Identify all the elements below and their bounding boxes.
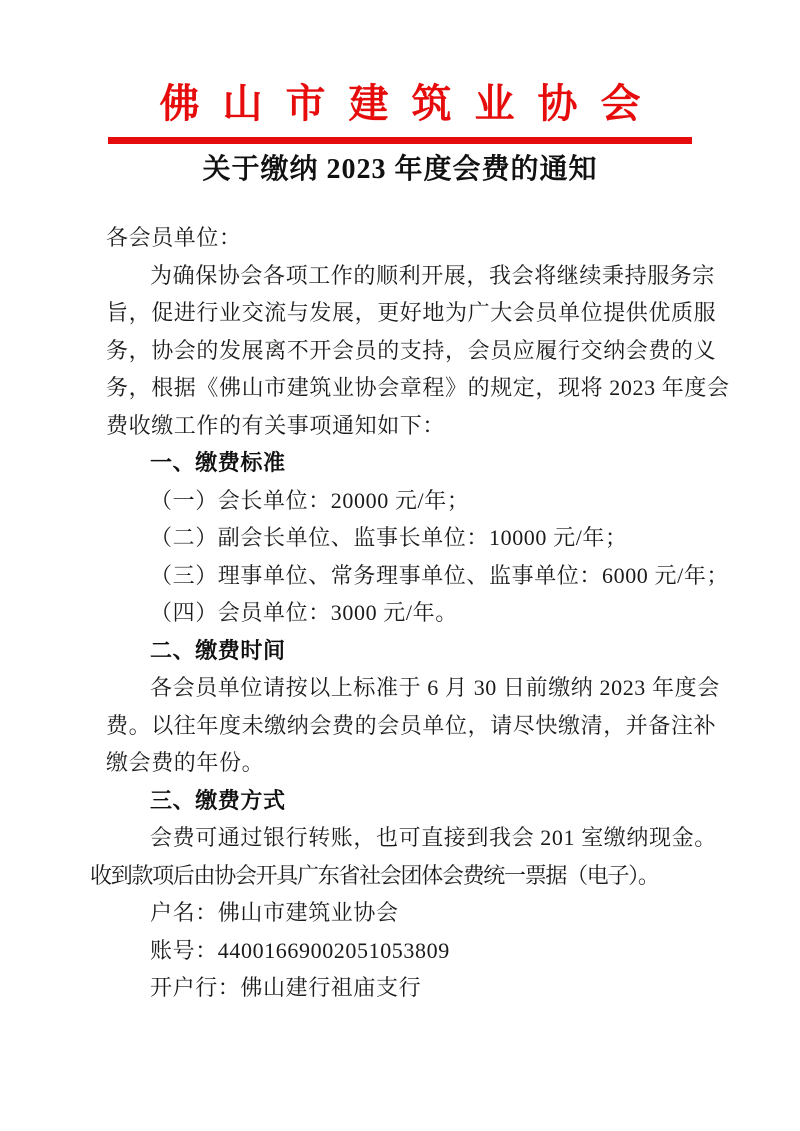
line-text: 会费可通过银行转账，也可直接到我会 201 室缴纳现金。 — [150, 825, 717, 850]
line-text: 务，根据《佛山市建筑业协会章程》的规定，现将 2023 年度会 — [106, 375, 730, 400]
line-text: 旨，促进行业交流与发展，更好地为广大会员单位提供优质服 — [106, 300, 716, 325]
document-line: 务，根据《佛山市建筑业协会章程》的规定，现将 2023 年度会 — [106, 369, 700, 407]
line-text: 开户行：佛山建行祖庙支行 — [150, 975, 421, 1000]
line-text: （二）副会长单位、监事长单位：10000 元/年； — [150, 525, 628, 550]
document-line: 账号：44001669002051053809 — [106, 932, 700, 970]
line-text: 费。以往年度未缴纳会费的会员单位，请尽快缴清，并备注补 — [106, 713, 716, 738]
document-line: 为确保协会各项工作的顺利开展，我会将继续秉持服务宗 — [106, 257, 700, 295]
document-line: 开户行：佛山建行祖庙支行 — [106, 969, 700, 1007]
line-text: 收到款项后由协会开具广东省社会团体会费统一票据（电子）。 — [90, 863, 659, 888]
line-text: 各会员单位请按以上标准于 6 月 30 日前缴纳 2023 年度会 — [150, 675, 720, 700]
document-line: 二、缴费时间 — [106, 632, 700, 670]
line-text: 各会员单位： — [106, 225, 242, 250]
document-line: （一）会长单位：20000 元/年； — [106, 482, 700, 520]
line-text: （四）会员单位：3000 元/年。 — [150, 600, 458, 625]
line-text: 一、缴费标准 — [150, 450, 286, 475]
document-line: （四）会员单位：3000 元/年。 — [106, 594, 700, 632]
document-line: 各会员单位： — [106, 219, 700, 257]
line-text: （三）理事单位、常务理事单位、监事单位：6000 元/年； — [150, 563, 729, 588]
organization-title: 佛山市建筑业协会 — [0, 84, 800, 124]
line-text: 账号：44001669002051053809 — [150, 938, 450, 963]
document-line: 费。以往年度未缴纳会费的会员单位，请尽快缴清，并备注补 — [106, 707, 700, 745]
document-line: 户名：佛山市建筑业协会 — [106, 894, 700, 932]
notice-document-page: 佛山市建筑业协会 关于缴纳 2023 年度会费的通知 各会员单位： 为确保协会各… — [0, 0, 800, 1131]
line-text: 二、缴费时间 — [150, 638, 286, 663]
document-line: 三、缴费方式 — [106, 782, 700, 820]
line-text: （一）会长单位：20000 元/年； — [150, 488, 469, 513]
document-line: 收到款项后由协会开具广东省社会团体会费统一票据（电子）。 — [90, 857, 700, 895]
line-text: 费收缴工作的有关事项通知如下： — [106, 413, 445, 438]
line-text: 三、缴费方式 — [150, 788, 286, 813]
line-text: 务，协会的发展离不开会员的支持，会员应履行交纳会费的义 — [106, 338, 716, 363]
document-line: 会费可通过银行转账，也可直接到我会 201 室缴纳现金。 — [106, 819, 700, 857]
document-line: （三）理事单位、常务理事单位、监事单位：6000 元/年； — [106, 557, 700, 595]
document-line: 一、缴费标准 — [106, 444, 700, 482]
document-line: 费收缴工作的有关事项通知如下： — [106, 407, 700, 445]
notice-title: 关于缴纳 2023 年度会费的通知 — [0, 153, 800, 187]
document-line: 旨，促进行业交流与发展，更好地为广大会员单位提供优质服 — [106, 294, 700, 332]
document-line: 务，协会的发展离不开会员的支持，会员应履行交纳会费的义 — [106, 332, 700, 370]
document-line: 缴会费的年份。 — [106, 744, 700, 782]
document-line: （二）副会长单位、监事长单位：10000 元/年； — [106, 519, 700, 557]
notice-body: 各会员单位： 为确保协会各项工作的顺利开展，我会将继续秉持服务宗 旨，促进行业交… — [106, 219, 700, 1007]
document-line: 各会员单位请按以上标准于 6 月 30 日前缴纳 2023 年度会 — [106, 669, 700, 707]
line-text: 缴会费的年份。 — [106, 750, 264, 775]
line-text: 户名：佛山市建筑业协会 — [150, 900, 399, 925]
line-text: 为确保协会各项工作的顺利开展，我会将继续秉持服务宗 — [150, 263, 715, 288]
red-divider-line — [108, 137, 692, 144]
